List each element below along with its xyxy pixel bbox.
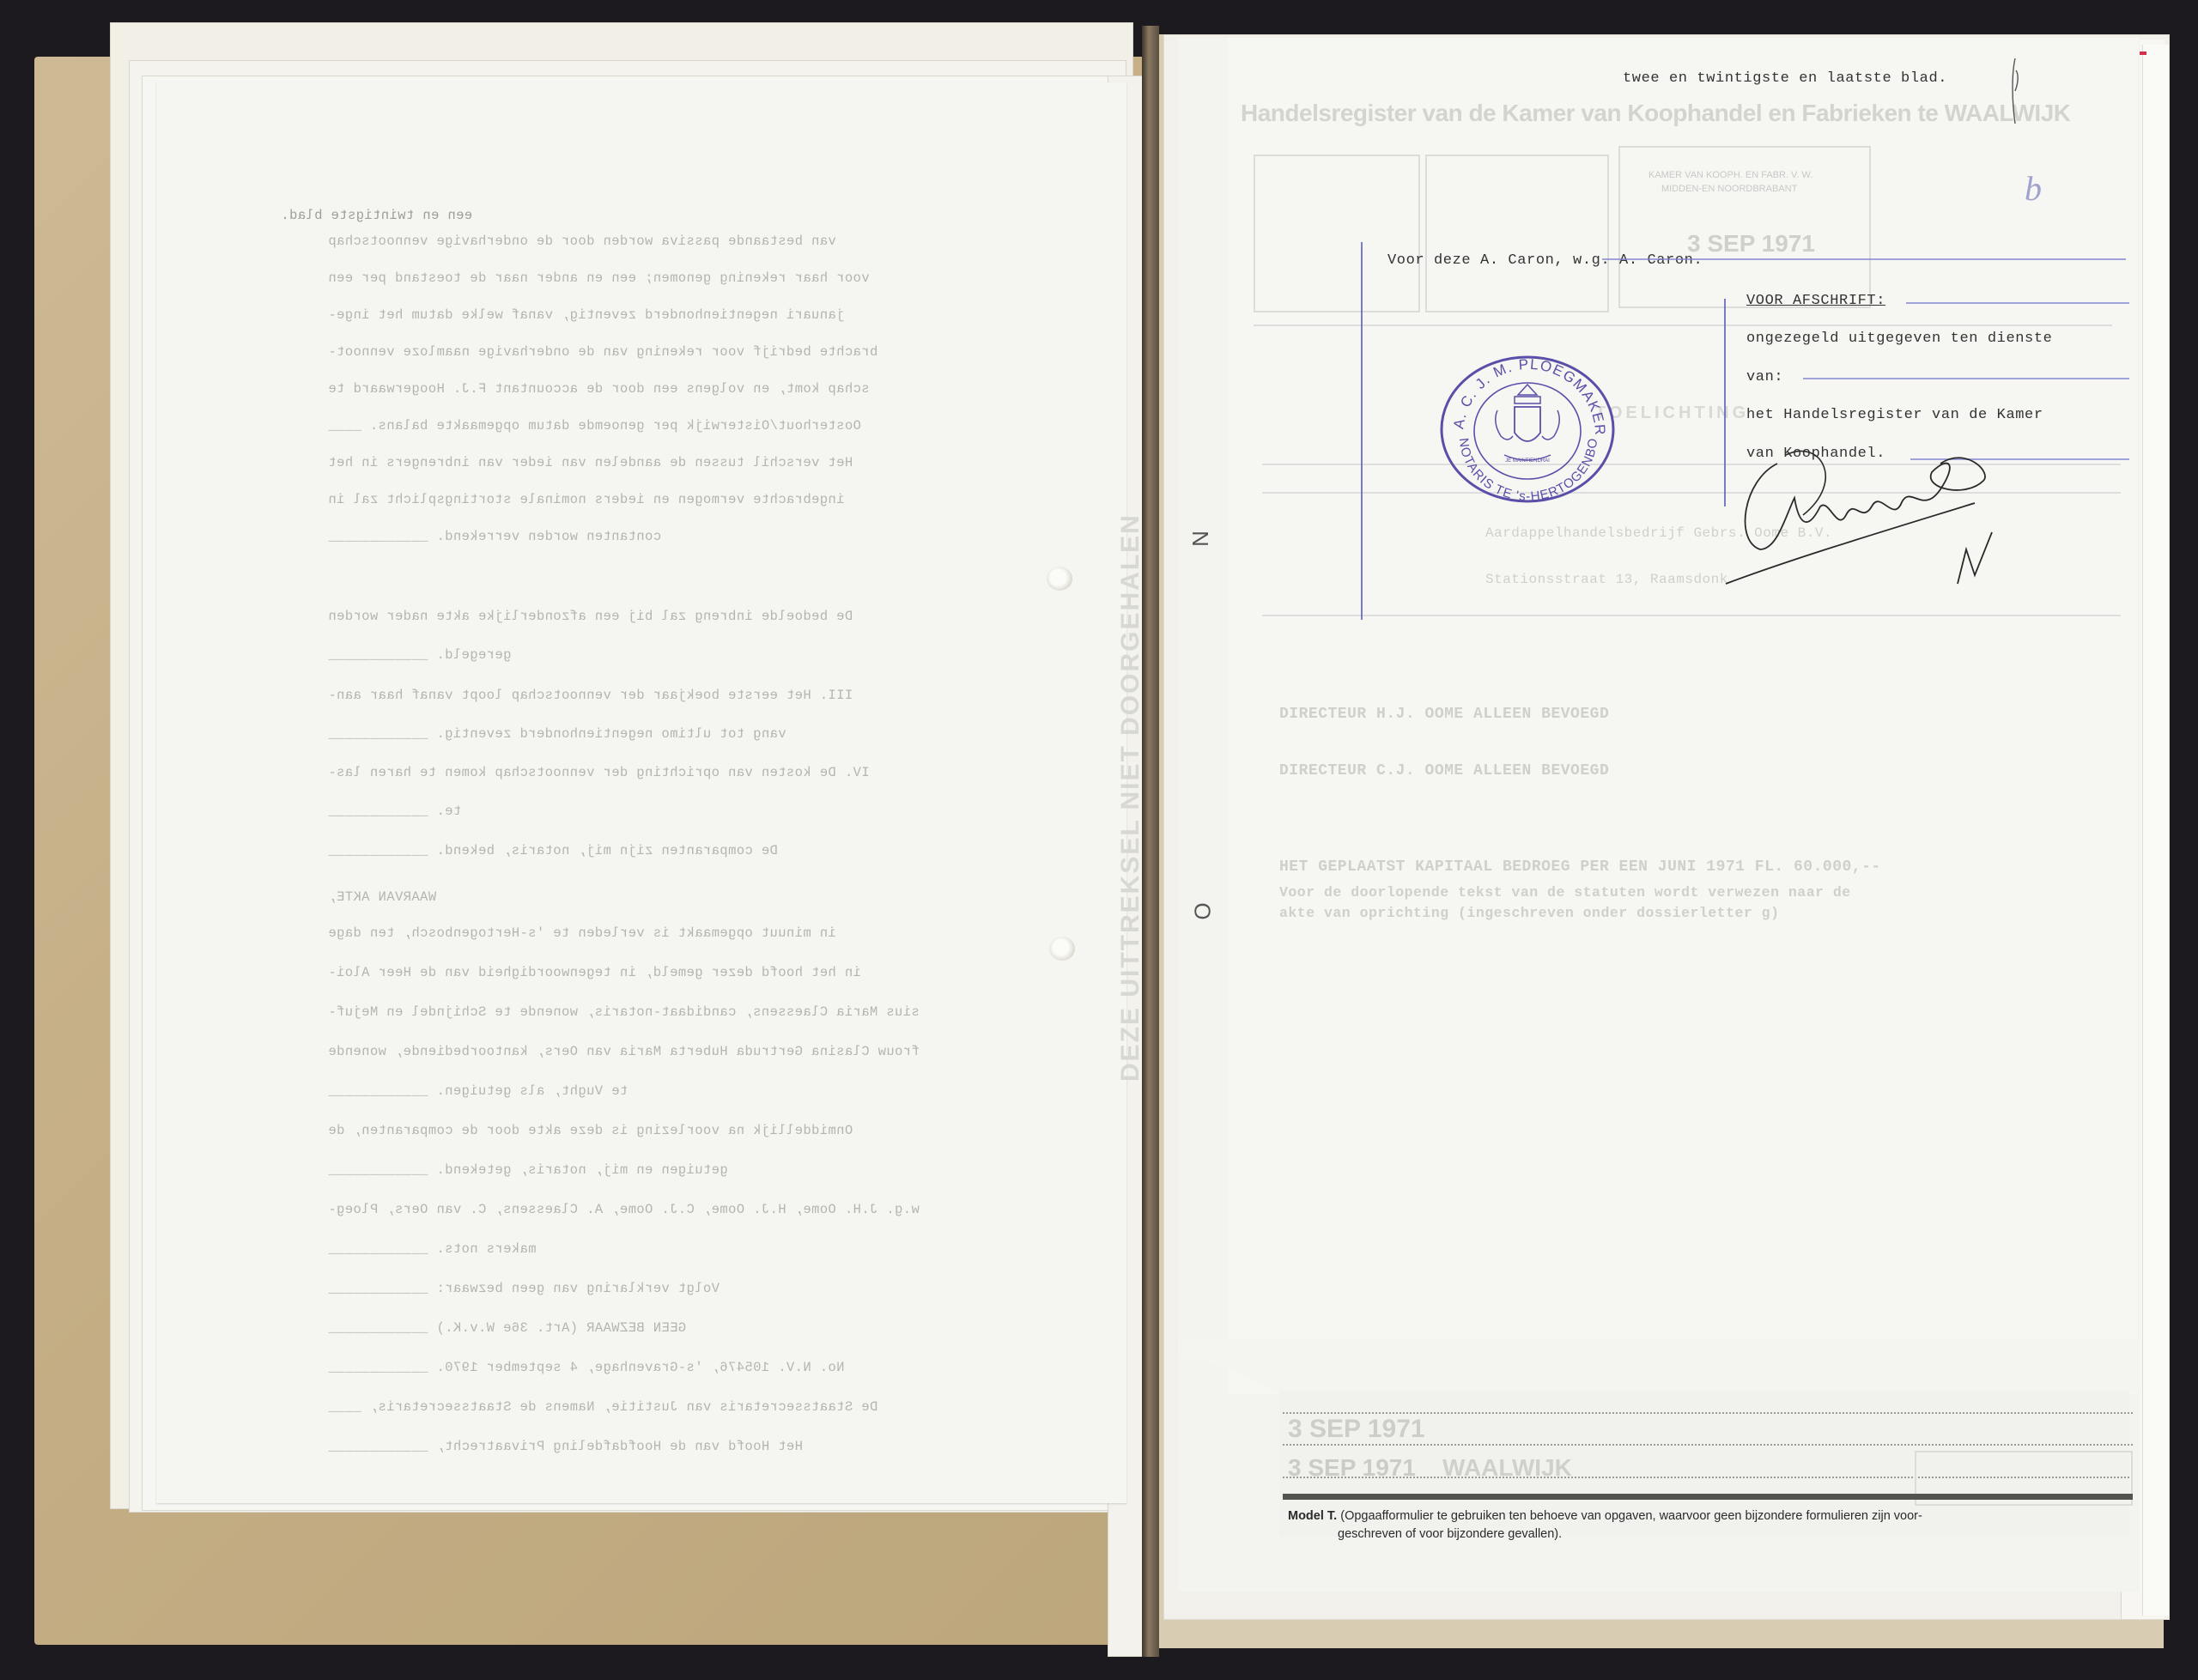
notary-seal-icon: A. C. J. M. PLOEGMAKERS NOTARIS TE 's-HE… bbox=[1436, 350, 1619, 503]
faded-place-stamp: WAALWIJK bbox=[1442, 1454, 1572, 1482]
model-label: Model T. bbox=[1288, 1509, 1337, 1523]
body-line: brachte bedrijf voor rekening van de ond… bbox=[328, 344, 877, 360]
form-rule bbox=[1602, 258, 2126, 260]
pencil-mark: O bbox=[1189, 902, 1216, 919]
pen-stroke-icon bbox=[2009, 57, 2021, 125]
faded-date-stamp: 3 SEP 1971 bbox=[1288, 1454, 1416, 1482]
handwritten-signature-icon bbox=[1709, 446, 2035, 592]
copy-line: ongezegeld uitgegeven ten dienste bbox=[1746, 331, 2052, 347]
dotted-line bbox=[1283, 1412, 2133, 1414]
handwritten-number: b bbox=[2025, 168, 2042, 209]
body-line: Het verschil tussen de aandelen van iede… bbox=[328, 455, 853, 470]
dotted-line bbox=[1283, 1444, 2133, 1446]
body-line: te. ____________ bbox=[328, 804, 461, 819]
body-line: januari negentienhonderd zeventig, vanaf… bbox=[328, 307, 845, 323]
body-line: ingebrachte vermogen en ieders nominale … bbox=[328, 492, 845, 507]
punch-hole bbox=[1047, 567, 1072, 591]
faded-director-line: DIRECTEUR H.J. OOME ALLEEN BEVOEGD bbox=[1279, 706, 1609, 723]
body-line: te Vught, als getuigen. ____________ bbox=[328, 1083, 628, 1099]
punch-hole bbox=[1049, 937, 1075, 961]
body-line: Volgt verklaring van geen bezwaar: _____… bbox=[328, 1281, 720, 1296]
body-line: III. Het eerste boekjaar der vennootscha… bbox=[328, 688, 853, 703]
model-text-line2: geschreven of voor bijzondere gevallen). bbox=[1288, 1527, 1562, 1541]
faded-statutes-line: akte van oprichting (ingeschreven onder … bbox=[1279, 905, 1780, 921]
body-line: De comparanten zijn mij, notaris, bekend… bbox=[328, 843, 778, 858]
svg-text:A. C. J. M. PLOEGMAKERS: A. C. J. M. PLOEGMAKERS bbox=[1436, 350, 1608, 437]
body-line: No. N.V. 105476, 's-Gravenhage, 4 septem… bbox=[328, 1360, 845, 1375]
form-rule bbox=[1803, 378, 2129, 379]
pencil-mark: N bbox=[1187, 531, 1213, 547]
form-rule bbox=[1906, 302, 2129, 304]
body-line: frouw Clasina Gertruda Huberta Maria van… bbox=[328, 1044, 920, 1059]
faded-form-box bbox=[1254, 155, 1420, 312]
faded-capital-line: HET GEPLAATST KAPITAAL BEDROEG PER EEN J… bbox=[1279, 858, 1881, 876]
body-line: in het hoofd dezer gemeld, in tegenwoord… bbox=[328, 965, 861, 980]
body-line: sius Maria Claessens, candidaat-notaris,… bbox=[328, 1004, 920, 1020]
faded-rule bbox=[1254, 324, 2112, 326]
form-model-footnote: Model T. (Opgaafformulier te gebruiken t… bbox=[1288, 1507, 2129, 1544]
body-line: Onmiddellijk na voorlezing is deze akte … bbox=[328, 1123, 853, 1138]
body-line: De Staatssecretaris van Justitie, Namens… bbox=[328, 1399, 877, 1415]
body-line: van bestaande passiva worden door de ond… bbox=[328, 234, 836, 249]
copy-line: het Handelsregister van de Kamer bbox=[1746, 407, 2043, 423]
faded-rule bbox=[1262, 615, 2121, 616]
left-page: een en twintigste blad. van bestaande pa… bbox=[156, 82, 1126, 1503]
body-line: makers nots. ____________ bbox=[328, 1241, 537, 1257]
body-line: WAARVAN AKTE, bbox=[328, 889, 436, 905]
body-line: IV. De kosten van oprichting der vennoot… bbox=[328, 765, 870, 780]
body-line: w.g. J.H. Oome, H.J. Oome, C.J. Oome, A.… bbox=[328, 1202, 920, 1217]
right-page-header: twee en twintigste en laatste blad. bbox=[1623, 70, 1947, 87]
body-line: vang tot ultimo negentienhonderd zeventi… bbox=[328, 726, 786, 742]
copy-heading: VOOR AFSCHRIFT: bbox=[1746, 293, 1885, 309]
left-page-body: van bestaande passiva worden door de ond… bbox=[328, 82, 1135, 1456]
body-line: De bedoelde inbreng zal bij een afzonder… bbox=[328, 609, 853, 624]
body-line: schap komt, en volgens een door de accou… bbox=[328, 381, 870, 397]
form-title: Handelsregister van de Kamer van Koophan… bbox=[1241, 100, 2070, 127]
form-vertical-rule bbox=[1361, 242, 1363, 620]
body-line: GEEN BEZWAAR (Art. 36e W.v.K.) _________… bbox=[328, 1320, 686, 1336]
body-line: Het Hoofd van de Hoofdafdeling Privaatre… bbox=[328, 1439, 803, 1454]
body-line: voor haar rekening genomen; een en ander… bbox=[328, 270, 870, 286]
body-line: geregeld. ____________ bbox=[328, 647, 511, 663]
body-line: in minuut opgemaakt is verleden te 's-He… bbox=[328, 925, 836, 941]
received-stamp-line2: MIDDEN-EN NOORDBRABANT bbox=[1661, 184, 1797, 194]
svg-text:JE MAINTIENDRAI: JE MAINTIENDRAI bbox=[1505, 458, 1550, 464]
faded-director-line: DIRECTEUR C.J. OOME ALLEEN BEVOEGD bbox=[1279, 762, 1609, 779]
faded-statutes-line: Voor de doorlopende tekst van de statute… bbox=[1279, 884, 1851, 901]
model-text-line1: (Opgaafformulier te gebruiken ten behoev… bbox=[1340, 1509, 1922, 1523]
received-stamp-line1: KAMER VAN KOOPH. EN FABR. V. W. bbox=[1648, 170, 1812, 180]
faded-address-line: Stationsstraat 13, Raamsdonk bbox=[1485, 572, 1728, 587]
body-line: Oosterhout/Oisterwijk per genoemde datum… bbox=[328, 418, 861, 434]
copy-line: van: bbox=[1746, 369, 1783, 385]
vertical-faded-stamp: DEZE UITTREKSEL NIET DOORGEHALEN bbox=[1116, 513, 1145, 1082]
faded-form-box bbox=[1425, 155, 1609, 312]
body-line: contanten worden verrekend. ____________ bbox=[328, 529, 661, 544]
faded-date-stamp: 3 SEP 1971 bbox=[1288, 1415, 1425, 1444]
received-stamp-date: 3 SEP 1971 bbox=[1687, 230, 1815, 258]
signature-line: Voor deze A. Caron, w.g. A. Caron. bbox=[1387, 252, 1703, 269]
form-footer-rule bbox=[1283, 1494, 2133, 1500]
right-stack-edge bbox=[2142, 45, 2169, 1616]
body-line: getuigen en mij, notaris, getekend. ____… bbox=[328, 1162, 728, 1178]
